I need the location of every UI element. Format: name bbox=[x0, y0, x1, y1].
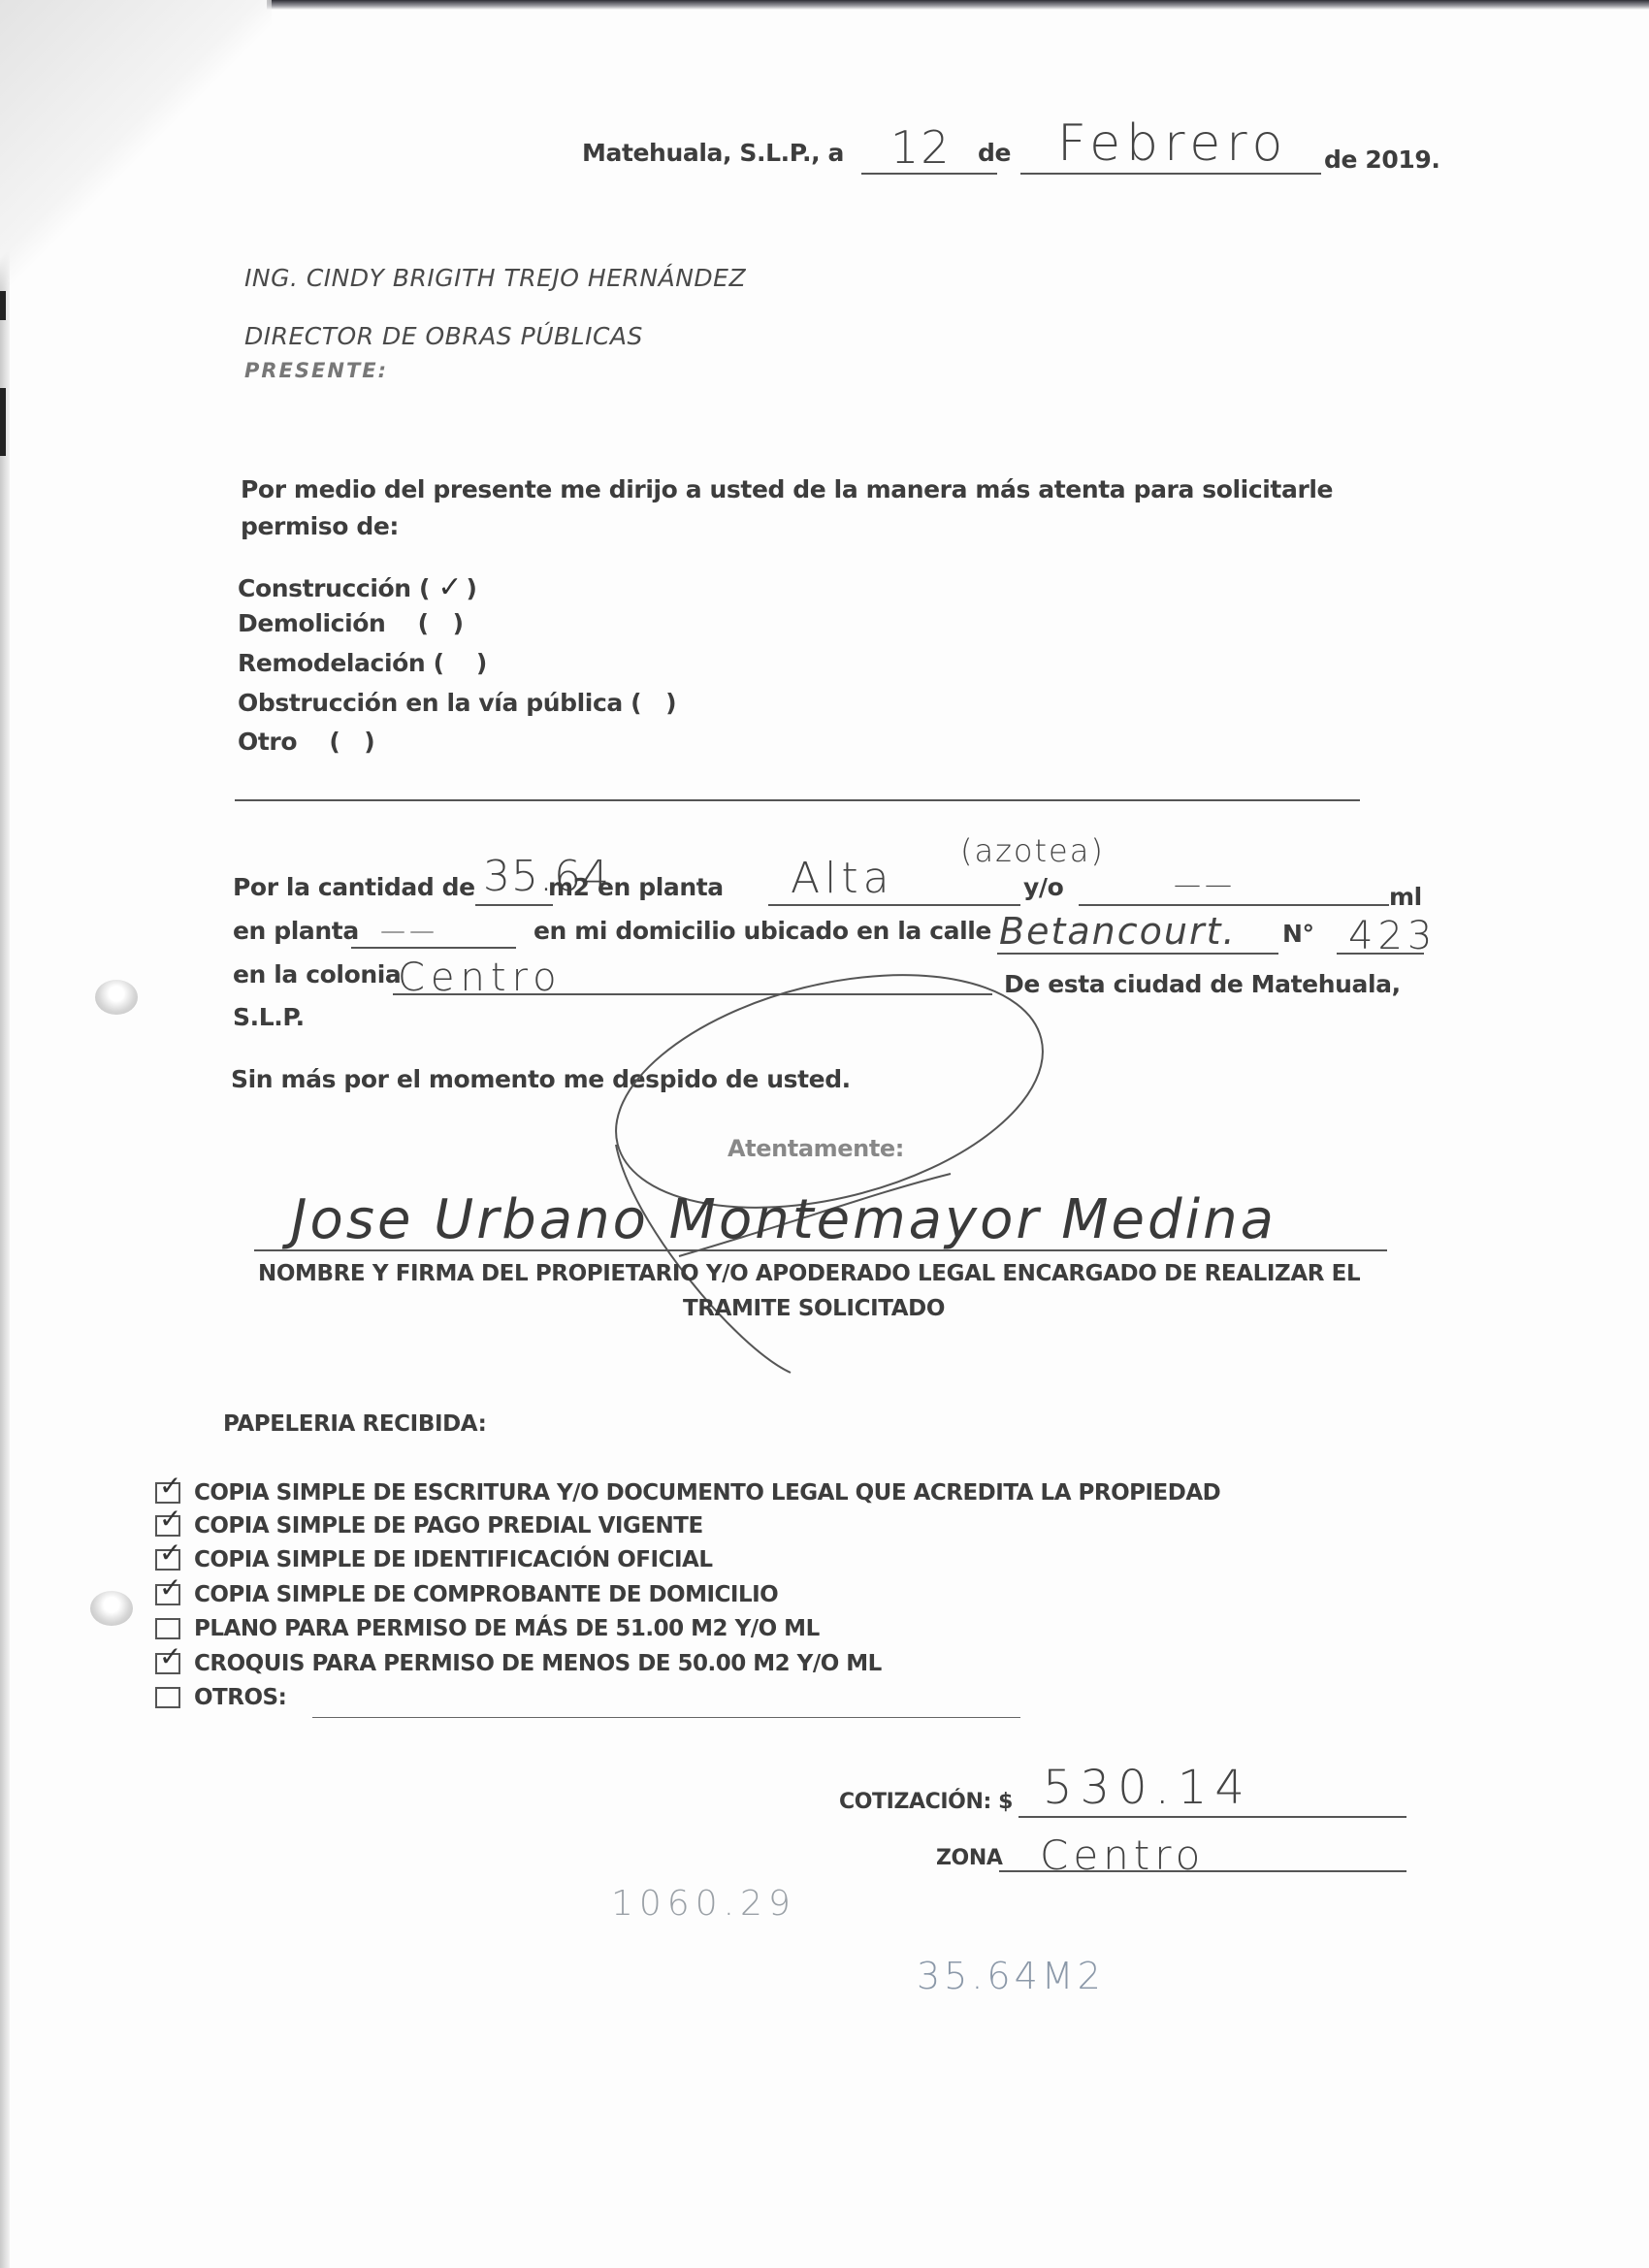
checkbox[interactable]: ✓ bbox=[155, 1584, 180, 1605]
pencil-annotation-total: 1060.29 bbox=[611, 1884, 796, 1924]
checklist-label: OTROS: bbox=[194, 1685, 286, 1710]
checklist-item[interactable]: ✓ CROQUIS PARA PERMISO DE MENOS DE 50.00… bbox=[155, 1649, 882, 1678]
signature: Jose Urbano Montemayor Medina bbox=[291, 1188, 1277, 1251]
signature-caption: NOMBRE Y FIRMA DEL PROPIETARIO Y/O APODE… bbox=[258, 1261, 1360, 1286]
checklist-item[interactable]: PLANO PARA PERMISO DE MÁS DE 51.00 M2 Y/… bbox=[155, 1614, 820, 1643]
pencil-annotation-area: 35.64M2 bbox=[917, 1955, 1105, 1997]
check-mark-icon: ✓ bbox=[159, 1473, 181, 1500]
checklist-label: PLANO PARA PERMISO DE MÁS DE 51.00 M2 Y/… bbox=[194, 1616, 820, 1641]
cotizacion-label: COTIZACIÓN: $ bbox=[839, 1790, 1013, 1814]
checkbox[interactable]: ✓ bbox=[155, 1653, 180, 1674]
checklist-item[interactable]: ✓ COPIA SIMPLE DE ESCRITURA Y/O DOCUMENT… bbox=[155, 1478, 1220, 1507]
checklist-item[interactable]: OTROS: bbox=[155, 1683, 286, 1712]
checkbox[interactable]: ✓ bbox=[155, 1549, 180, 1571]
checkbox[interactable] bbox=[155, 1618, 180, 1639]
checkbox[interactable]: ✓ bbox=[155, 1515, 180, 1537]
checklist-item[interactable]: ✓ COPIA SIMPLE DE COMPROBANTE DE DOMICIL… bbox=[155, 1580, 778, 1609]
cotizacion-field-line bbox=[1018, 1816, 1406, 1818]
papeleria-heading: PAPELERIA RECIBIDA: bbox=[223, 1411, 486, 1437]
signature-caption-2: TRAMITE SOLICITADO bbox=[683, 1296, 945, 1321]
checklist-label: COPIA SIMPLE DE PAGO PREDIAL VIGENTE bbox=[194, 1513, 703, 1539]
otros-field-line[interactable] bbox=[312, 1717, 1020, 1718]
checkbox[interactable] bbox=[155, 1687, 180, 1708]
check-mark-icon: ✓ bbox=[159, 1539, 181, 1567]
cotizacion-value[interactable]: 530.14 bbox=[1043, 1761, 1252, 1815]
signature-line[interactable] bbox=[254, 1249, 1387, 1251]
check-mark-icon: ✓ bbox=[159, 1643, 181, 1670]
checklist-label: COPIA SIMPLE DE IDENTIFICACIÓN OFICIAL bbox=[194, 1547, 712, 1572]
signature-strokes bbox=[0, 0, 1649, 2268]
check-mark-icon: ✓ bbox=[159, 1506, 181, 1533]
checklist-item[interactable]: ✓ COPIA SIMPLE DE PAGO PREDIAL VIGENTE bbox=[155, 1511, 703, 1540]
check-mark-icon: ✓ bbox=[159, 1574, 181, 1602]
zona-label: ZONA bbox=[936, 1846, 1003, 1870]
checkbox[interactable]: ✓ bbox=[155, 1482, 180, 1504]
checklist-label: CROQUIS PARA PERMISO DE MENOS DE 50.00 M… bbox=[194, 1651, 882, 1676]
checklist-label: COPIA SIMPLE DE COMPROBANTE DE DOMICILIO bbox=[194, 1582, 778, 1607]
zona-value[interactable]: Centro bbox=[1040, 1831, 1205, 1879]
checklist-label: COPIA SIMPLE DE ESCRITURA Y/O DOCUMENTO … bbox=[194, 1480, 1220, 1506]
checklist-item[interactable]: ✓ COPIA SIMPLE DE IDENTIFICACIÓN OFICIAL bbox=[155, 1545, 712, 1574]
